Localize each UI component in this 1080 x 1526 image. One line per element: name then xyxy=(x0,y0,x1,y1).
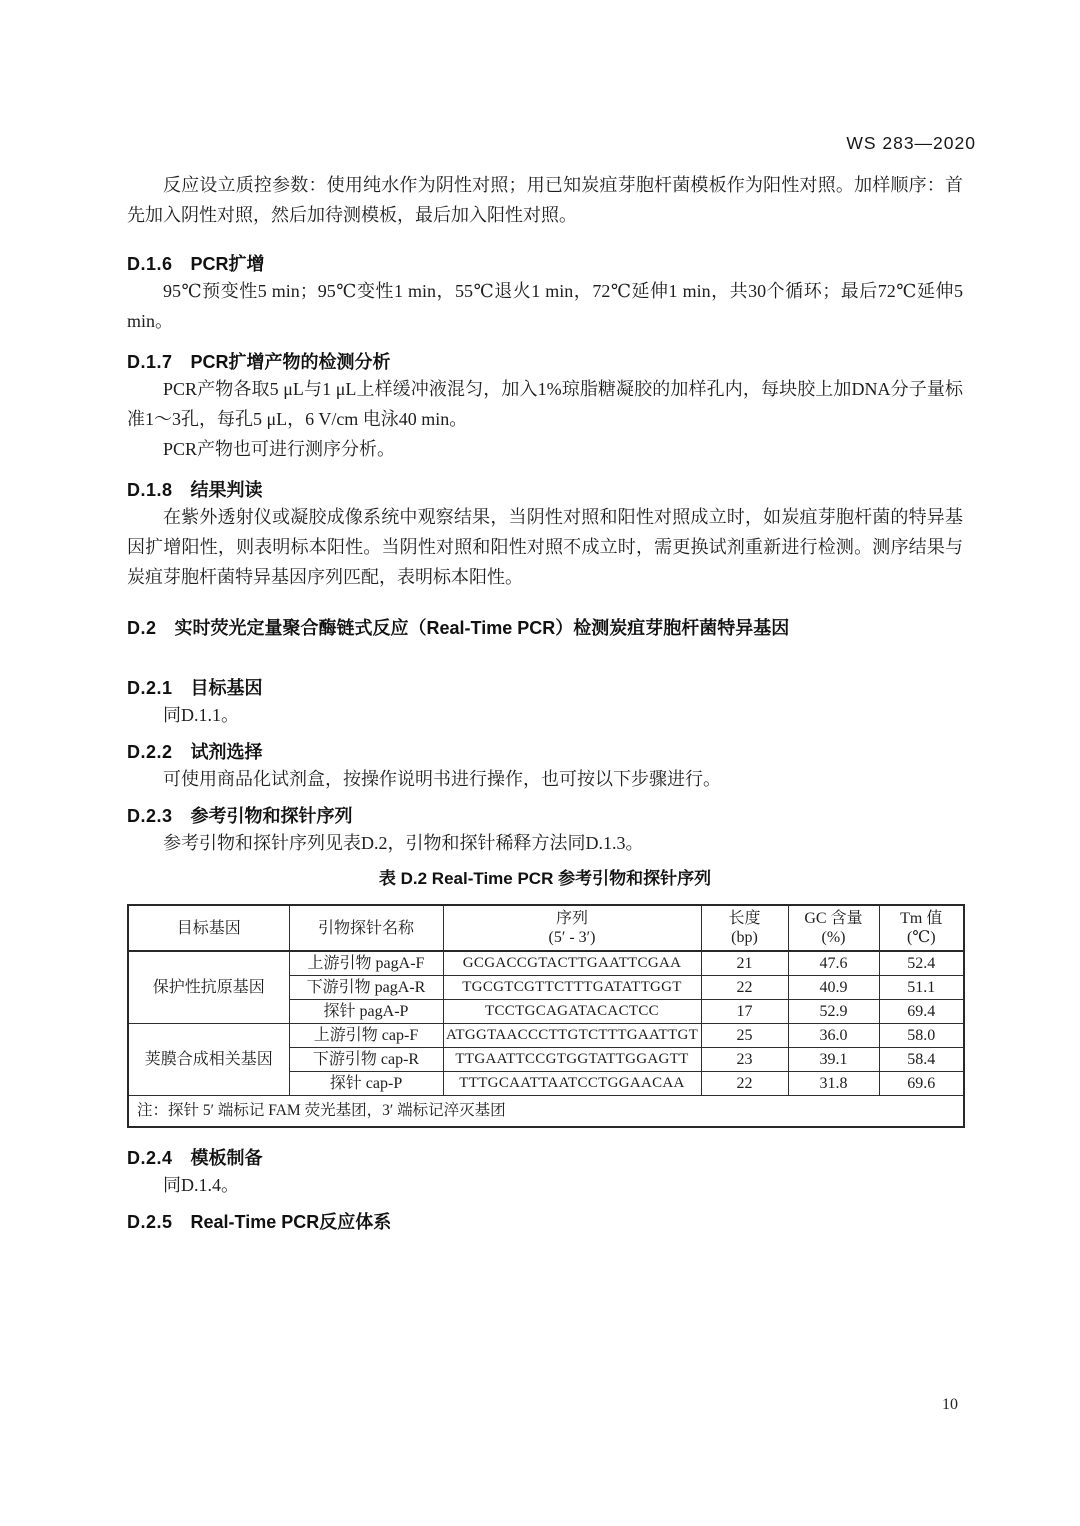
cell-primer-name: 下游引物 pagA-R xyxy=(289,976,443,1000)
column-header-line: (%) xyxy=(789,928,879,947)
column-header-line: 长度 xyxy=(702,909,788,928)
paragraph-same-as-d1-1: 同D.1.1。 xyxy=(127,700,963,730)
heading-number: D.1.6 xyxy=(127,254,173,274)
primer-probe-table: 目标基因 引物探针名称 序列 (5′ - 3′) 长度 (bp) GC 含量 (… xyxy=(127,904,965,1128)
cell-tm-value: 51.1 xyxy=(879,976,964,1000)
heading-d1-8: D.1.8结果判读 xyxy=(127,478,963,502)
table-row: 荚膜合成相关基因 上游引物 cap-F ATGGTAACCCTTGTCTTTGA… xyxy=(128,1024,964,1048)
heading-d2-2: D.2.2试剂选择 xyxy=(127,740,963,764)
cell-primer-name: 上游引物 pagA-F xyxy=(289,951,443,976)
cell-gc-content: 36.0 xyxy=(788,1024,879,1048)
cell-length: 22 xyxy=(701,1072,788,1096)
cell-gc-content: 47.6 xyxy=(788,951,879,976)
column-header-line: (5′ - 3′) xyxy=(444,928,701,947)
heading-d2-1: D.2.1目标基因 xyxy=(127,676,963,700)
cell-tm-value: 69.6 xyxy=(879,1072,964,1096)
cell-sequence: TTGAATTCCGTGGTATTGGAGTT xyxy=(443,1048,701,1072)
cell-gc-content: 40.9 xyxy=(788,976,879,1000)
document-page: WS 283—2020 反应设立质控参数：使用纯水作为阴性对照；用已知炭疽芽胞杆… xyxy=(0,0,1080,1526)
heading-number: D.1.7 xyxy=(127,352,173,372)
heading-title: 实时荧光定量聚合酶链式反应（Real-Time PCR）检测炭疽芽胞杆菌特异基因 xyxy=(175,618,790,638)
heading-title: 试剂选择 xyxy=(191,742,263,762)
column-header-line: 序列 xyxy=(444,909,701,928)
paragraph-result-interpretation: 在紫外透射仪或凝胶成像系统中观察结果，当阴性对照和阳性对照成立时，如炭疽芽胞杆菌… xyxy=(127,502,963,592)
column-header-length: 长度 (bp) xyxy=(701,905,788,951)
cell-primer-name: 下游引物 cap-R xyxy=(289,1048,443,1072)
column-header-line: (℃) xyxy=(880,928,964,947)
column-header-line: Tm 值 xyxy=(880,909,964,928)
heading-title: 参考引物和探针序列 xyxy=(191,806,353,826)
cell-tm-value: 58.0 xyxy=(879,1024,964,1048)
paragraph-reagent-selection: 可使用商品化试剂盒，按操作说明书进行操作，也可按以下步骤进行。 xyxy=(127,764,963,794)
table-note-row: 注：探针 5′ 端标记 FAM 荧光基团，3′ 端标记淬灭基团 xyxy=(128,1096,964,1128)
cell-primer-name: 探针 pagA-P xyxy=(289,1000,443,1024)
cell-length: 23 xyxy=(701,1048,788,1072)
column-header-line: GC 含量 xyxy=(789,909,879,928)
cell-gc-content: 52.9 xyxy=(788,1000,879,1024)
cell-sequence: TGCGTCGTTCTTTGATATTGGT xyxy=(443,976,701,1000)
column-header-target-gene: 目标基因 xyxy=(128,905,289,951)
table-note: 注：探针 5′ 端标记 FAM 荧光基团，3′ 端标记淬灭基团 xyxy=(128,1096,964,1128)
cell-sequence: ATGGTAACCCTTGTCTTTGAATTGT xyxy=(443,1024,701,1048)
heading-d2-3: D.2.3参考引物和探针序列 xyxy=(127,804,963,828)
heading-title: Real-Time PCR反应体系 xyxy=(191,1212,392,1232)
heading-number: D.2.1 xyxy=(127,678,173,698)
heading-number: D.1.8 xyxy=(127,480,173,500)
heading-title: PCR扩增产物的检测分析 xyxy=(191,352,391,372)
cell-length: 17 xyxy=(701,1000,788,1024)
cell-primer-name: 探针 cap-P xyxy=(289,1072,443,1096)
cell-tm-value: 58.4 xyxy=(879,1048,964,1072)
cell-length: 22 xyxy=(701,976,788,1000)
paragraph-sequencing-option: PCR产物也可进行测序分析。 xyxy=(127,434,963,464)
heading-number: D.2.4 xyxy=(127,1148,173,1168)
heading-number: D.2.5 xyxy=(127,1212,173,1232)
heading-number: D.2.2 xyxy=(127,742,173,762)
table-caption: 表 D.2 Real-Time PCR 参考引物和探针序列 xyxy=(127,868,963,890)
cell-gc-content: 31.8 xyxy=(788,1072,879,1096)
heading-d1-7: D.1.7PCR扩增产物的检测分析 xyxy=(127,350,963,374)
column-header-line: (bp) xyxy=(702,928,788,947)
cell-tm-value: 69.4 xyxy=(879,1000,964,1024)
heading-title: 模板制备 xyxy=(191,1148,263,1168)
table-header-row: 目标基因 引物探针名称 序列 (5′ - 3′) 长度 (bp) GC 含量 (… xyxy=(128,905,964,951)
cell-length: 21 xyxy=(701,951,788,976)
cell-primer-name: 上游引物 cap-F xyxy=(289,1024,443,1048)
cell-target-gene: 荚膜合成相关基因 xyxy=(128,1024,289,1096)
cell-sequence: TTTGCAATTAATCCTGGAACAA xyxy=(443,1072,701,1096)
heading-d2-4: D.2.4模板制备 xyxy=(127,1146,963,1170)
heading-title: 目标基因 xyxy=(191,678,263,698)
paragraph-pcr-amplification: 95℃预变性5 min；95℃变性1 min，55℃退火1 min，72℃延伸1… xyxy=(127,276,963,336)
column-header-sequence: 序列 (5′ - 3′) xyxy=(443,905,701,951)
table-row: 保护性抗原基因 上游引物 pagA-F GCGACCGTACTTGAATTCGA… xyxy=(128,951,964,976)
cell-sequence: GCGACCGTACTTGAATTCGAA xyxy=(443,951,701,976)
column-header-tm-value: Tm 值 (℃) xyxy=(879,905,964,951)
cell-sequence: TCCTGCAGATACACTCC xyxy=(443,1000,701,1024)
page-content: 反应设立质控参数：使用纯水作为阴性对照；用已知炭疽芽胞杆菌模板作为阳性对照。加样… xyxy=(127,0,963,1234)
page-number: 10 xyxy=(942,1396,958,1414)
heading-d1-6: D.1.6PCR扩增 xyxy=(127,252,963,276)
heading-d2-5: D.2.5Real-Time PCR反应体系 xyxy=(127,1210,963,1234)
paragraph-primer-reference: 参考引物和探针序列见表D.2，引物和探针稀释方法同D.1.3。 xyxy=(127,828,963,858)
paragraph-quality-control: 反应设立质控参数：使用纯水作为阴性对照；用已知炭疽芽胞杆菌模板作为阳性对照。加样… xyxy=(127,170,963,230)
paragraph-same-as-d1-4: 同D.1.4。 xyxy=(127,1170,963,1200)
column-header-primer-name: 引物探针名称 xyxy=(289,905,443,951)
paragraph-product-detection: PCR产物各取5 μL与1 μL上样缓冲液混匀，加入1%琼脂糖凝胶的加样孔内，每… xyxy=(127,374,963,434)
heading-number: D.2.3 xyxy=(127,806,173,826)
cell-length: 25 xyxy=(701,1024,788,1048)
heading-number: D.2 xyxy=(127,618,157,638)
cell-target-gene: 保护性抗原基因 xyxy=(128,951,289,1024)
heading-title: PCR扩增 xyxy=(191,254,265,274)
heading-d2: D.2实时荧光定量聚合酶链式反应（Real-Time PCR）检测炭疽芽胞杆菌特… xyxy=(127,616,963,640)
standard-number-header: WS 283—2020 xyxy=(846,133,976,154)
heading-title: 结果判读 xyxy=(191,480,263,500)
cell-tm-value: 52.4 xyxy=(879,951,964,976)
column-header-gc-content: GC 含量 (%) xyxy=(788,905,879,951)
cell-gc-content: 39.1 xyxy=(788,1048,879,1072)
